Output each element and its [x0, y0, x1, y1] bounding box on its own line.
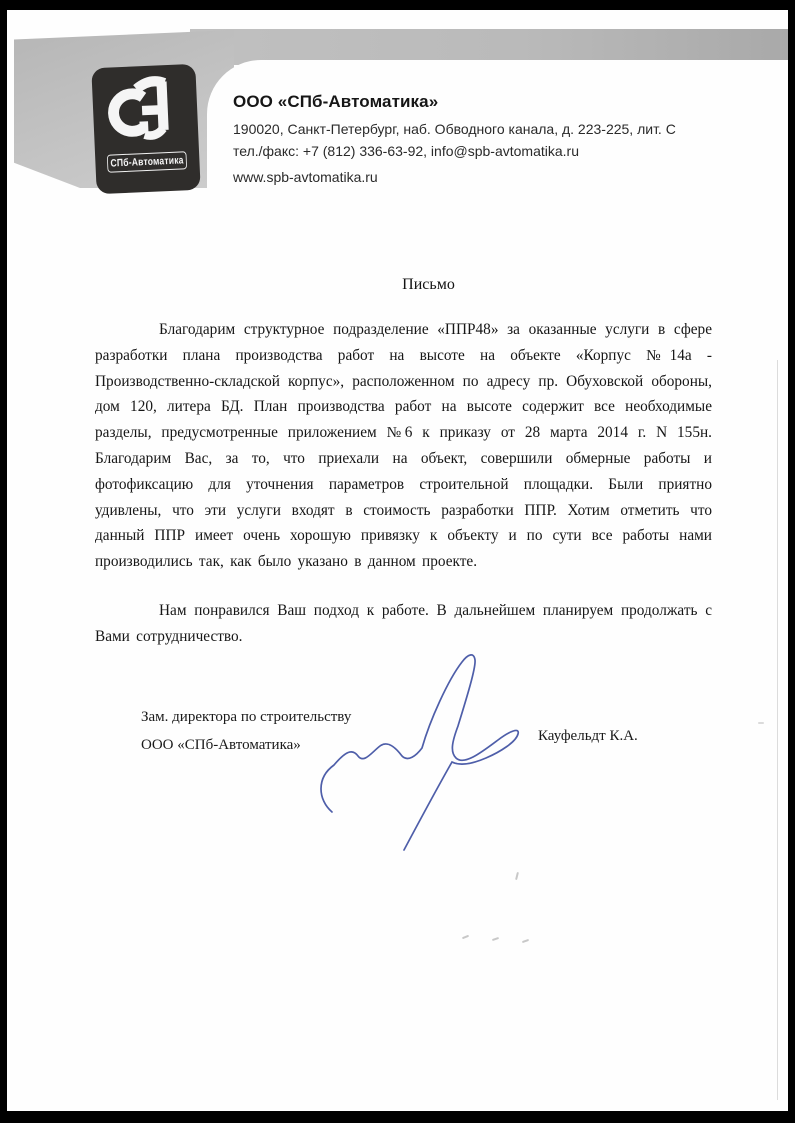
logo-label: СПб-Автоматика — [107, 151, 187, 172]
company-phone-email: тел./факс: +7 (812) 336-63-92, info@spb-… — [233, 143, 579, 159]
ca-monogram-icon — [105, 71, 186, 152]
signer-name: Кауфельдт К.А. — [538, 728, 638, 745]
letter-title: Письмо — [120, 276, 737, 294]
letter-body: Благодарим структурное подразделение «ПП… — [95, 317, 712, 650]
letter-paragraph-1: Благодарим структурное подразделение «ПП… — [95, 317, 712, 575]
scan-border-left — [0, 0, 7, 1123]
company-logo: СПб-Автоматика — [91, 64, 200, 194]
scanned-letter-page: СПб-Автоматика ООО «СПб-Автоматика» 1900… — [0, 0, 795, 1123]
company-address: 190020, Санкт-Петербург, наб. Обводного … — [233, 121, 676, 137]
handwritten-signature — [295, 635, 535, 865]
scan-border-top — [0, 0, 795, 10]
scan-border-right — [788, 0, 795, 1123]
company-name: ООО «СПб-Автоматика» — [233, 92, 438, 112]
scan-speck — [522, 939, 529, 943]
scan-speck — [758, 722, 764, 724]
scan-speck — [492, 937, 499, 941]
company-website: www.spb-avtomatika.ru — [233, 169, 378, 185]
scan-speck — [462, 935, 469, 939]
scan-speck — [515, 872, 519, 880]
scan-border-bottom — [0, 1111, 795, 1123]
